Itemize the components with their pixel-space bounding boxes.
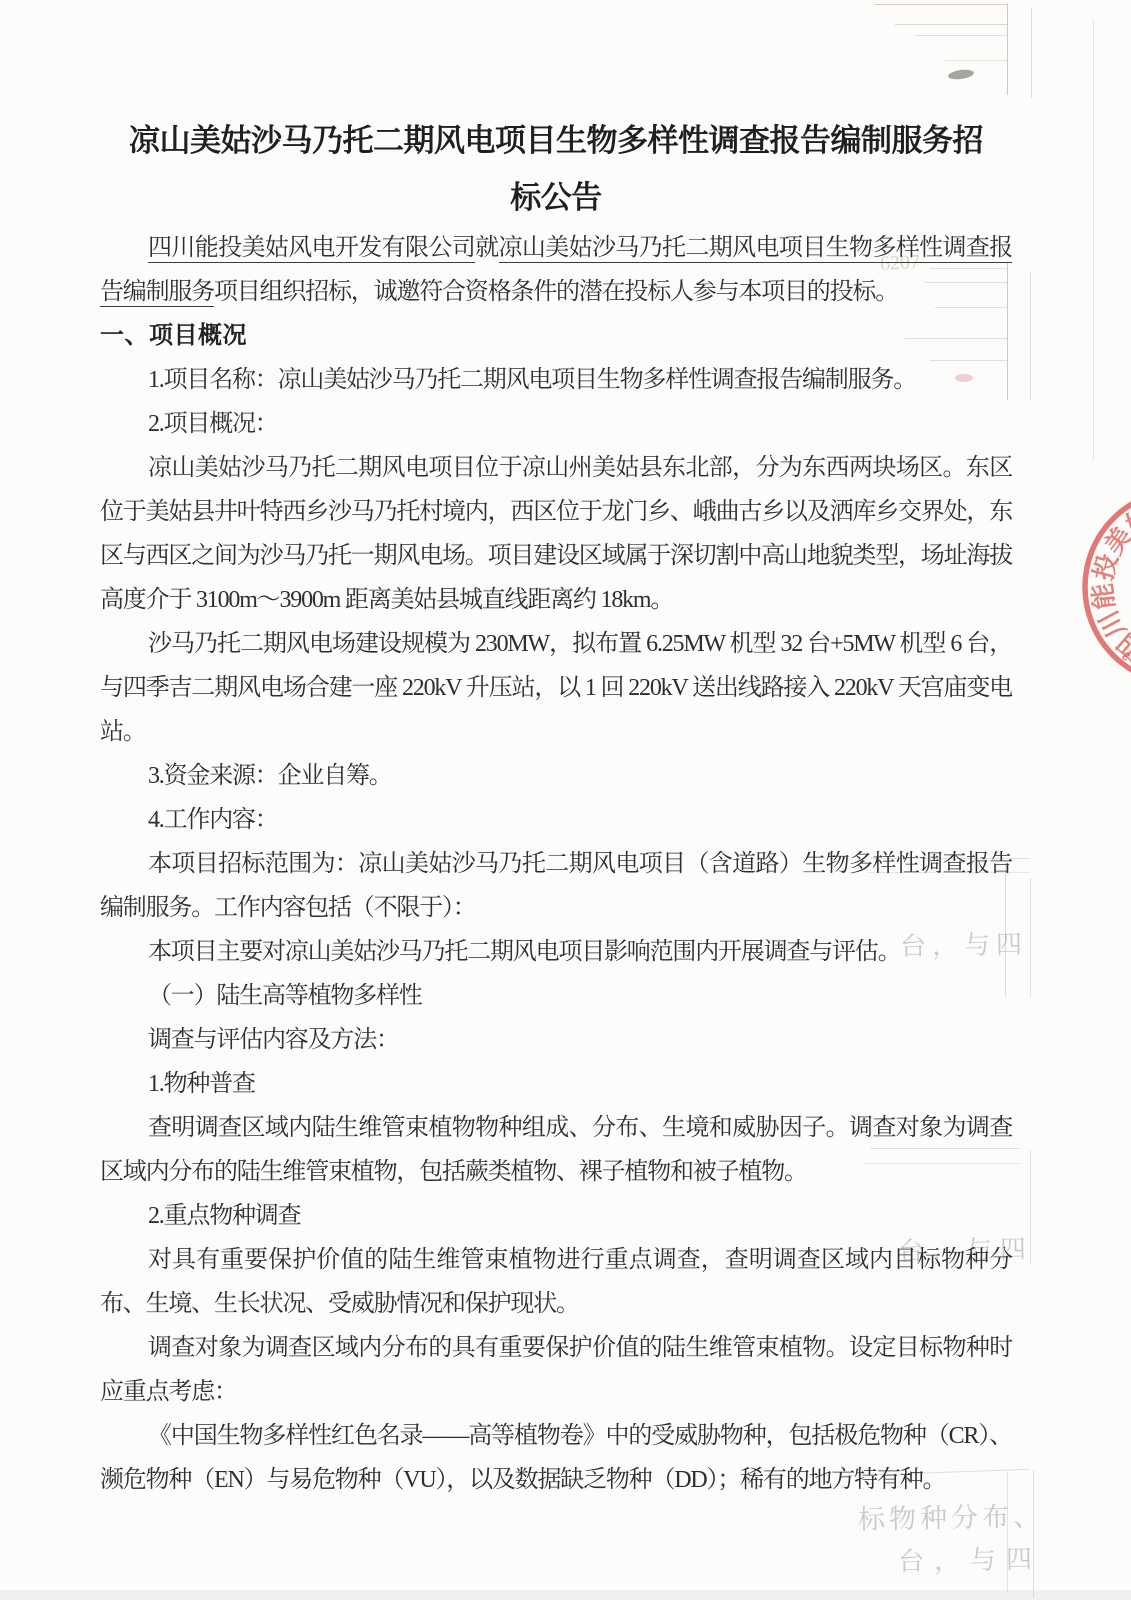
section-heading: 一、项目概况 (100, 314, 1012, 358)
red-seal-stamp: 四川能投美姑 5 1 3 (1040, 450, 1131, 750)
scan-artifact-line (1007, 3, 1008, 95)
paragraph: 对具有重要保护价值的陆生维管束植物进行重点调查，查明调查区域内目标物种分布、生境… (100, 1238, 1012, 1326)
scan-artifact-line (1033, 1470, 1034, 1598)
paragraph: 3.资金来源：企业自筹。 (100, 754, 1012, 798)
paragraph: 《中国生物多样性红色名录——高等植物卷》中的受威胁物种，包括极危物种（CR）、濒… (100, 1414, 1012, 1502)
paragraph: 本项目招标范围为：凉山美姑沙马乃托二期风电项目（含道路）生物多样性调查报告编制服… (100, 842, 1012, 930)
paragraph: 1.物种普查 (100, 1062, 1012, 1106)
scan-artifact-line (1030, 1150, 1031, 1265)
title-line-1: 凉山美姑沙马乃托二期风电项目生物多样性调查报告编制服务招 (100, 112, 1012, 169)
intro-rest: 项目组织招标，诚邀符合资格条件的潜在投标人参与本项目的投标。 (214, 279, 898, 305)
scan-artifact-line (1093, 20, 1094, 460)
paragraph: 4.工作内容： (100, 798, 1012, 842)
ink-smudge (948, 68, 975, 81)
scan-artifact-line (1030, 878, 1031, 998)
scan-edge-shadow (0, 1590, 1131, 1600)
scan-artifact-line (1031, 8, 1032, 98)
bleedthrough-text: 台，与四 (898, 1539, 1043, 1579)
paragraph: 2.重点物种调查 (100, 1194, 1012, 1238)
paragraph: 沙马乃托二期风电场建设规模为 230MW，拟布置 6.25MW 机型 32 台+… (100, 622, 1012, 754)
scan-artifact-line (1030, 272, 1031, 400)
paragraph: 查明调查区域内陆生维管束植物物种组成、分布、生境和威胁因子。调查对象为调查区域内… (100, 1106, 1012, 1194)
scan-artifact-line (915, 35, 1007, 36)
scanned-document-page: 6207 四川能投美姑 5 1 3 台，与四 台，与四 标物种分布、 台，与四 (0, 0, 1131, 1600)
intro-paragraph: 四川能投美姑风电开发有限公司就凉山美姑沙马乃托二期风电项目生物多样性调查报告编制… (100, 226, 1012, 314)
document-title: 凉山美姑沙马乃托二期风电项目生物多样性调查报告编制服务招 标公告 (100, 112, 1012, 226)
scan-artifact-line (895, 24, 1007, 25)
intro-connector: 就 (475, 235, 498, 261)
document-content: 凉山美姑沙马乃托二期风电项目生物多样性调查报告编制服务招 标公告 四川能投美姑风… (100, 112, 1012, 1502)
paragraph: （一）陆生高等植物多样性 (100, 974, 1012, 1018)
underlined-company-name: 四川能投美姑风电开发有限公司 (148, 235, 475, 263)
paragraph: 2.项目概况： (100, 402, 1012, 446)
paragraph: 凉山美姑沙马乃托二期风电项目位于凉山州美姑县东北部，分为东西两块场区。东区位于美… (100, 446, 1012, 622)
scan-artifact-line (875, 4, 1007, 5)
paragraph: 本项目主要对凉山美姑沙马乃托二期风电项目影响范围内开展调查与评估。 (100, 930, 1012, 974)
scan-artifact-line (945, 60, 1007, 61)
title-line-2: 标公告 (100, 169, 1012, 226)
paragraph: 1.项目名称：凉山美姑沙马乃托二期风电项目生物多样性调查报告编制服务。 (100, 358, 1012, 402)
paragraph: 调查与评估内容及方法： (100, 1018, 1012, 1062)
paragraph: 调查对象为调查区域内分布的具有重要保护价值的陆生维管束植物。设定目标物种时应重点… (100, 1326, 1012, 1414)
